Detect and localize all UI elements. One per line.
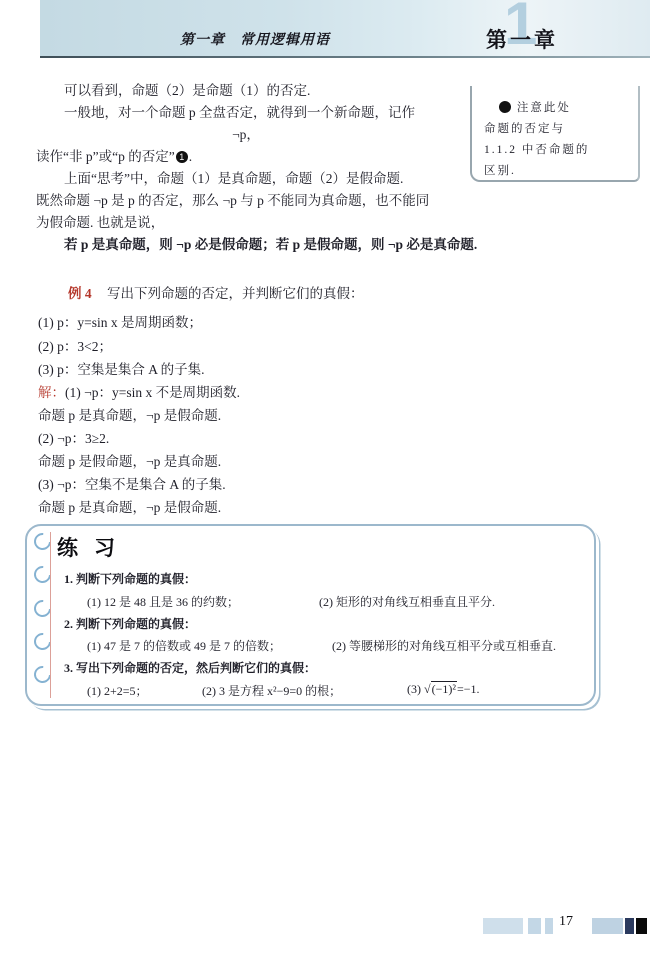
paragraph-1: 可以看到，命题（2）是命题（1）的否定. [64,82,310,100]
paragraph-3-text: 读作“非 p”或“p 的否定” [36,149,175,164]
solution-line-1: 解：(1) ¬p：y=sin x 不是周期函数. [38,384,240,402]
sqrt-radicand: (−1)² [431,681,457,696]
example-item-1: (1) p：y=sin x 是周期函数； [38,314,202,332]
footer-block-1 [483,918,523,934]
margin-note-line-2: 命题的否定与 [484,119,630,140]
paragraph-4: 上面“思考”中，命题（1）是真命题，命题（2）是假命题. [64,170,403,188]
solution-line-3: (2) ¬p：3≥2. [38,430,109,448]
formula-negation: ¬p， [36,126,456,144]
margin-note-text-1: 注意此处 [517,102,571,114]
footer-block-2 [528,918,541,934]
paragraph-3: 读作“非 p”或“p 的否定”1. [36,148,192,166]
header-running-title: 第一章 常用逻辑用语 [40,29,470,49]
practice-box: 练习 1. 判断下列命题的真假： (1) 12 是 48 且是 36 的约数； … [25,524,596,706]
example-label: 例 4 [68,286,92,301]
practice-question-3: 3. 写出下列命题的否定，然后判断它们的真假： [64,659,316,676]
solution-text-1: (1) ¬p：y=sin x 不是周期函数. [65,385,240,400]
footnote-ref-icon: 1 [499,101,511,113]
practice-question-1a: (1) 12 是 48 且是 36 的约数； [87,593,239,610]
practice-question-2a: (1) 47 是 7 的倍数或 49 是 7 的倍数； [87,637,281,654]
margin-note-line-3: 1.1.2 中否命题的 [484,140,630,161]
emphasis-statement: 若 p 是真命题，则 ¬p 必是假命题；若 p 是假命题，则 ¬p 必是真命题. [64,236,477,254]
footer-block-5 [625,918,634,934]
paragraph-5: 既然命题 ¬p 是 p 的否定，那么 ¬p 与 p 不能同为真命题，也不能同 [36,192,429,210]
practice-question-2: 2. 判断下列命题的真假： [64,615,196,632]
solution-line-6: 命题 p 是真命题，¬p 是假命题. [38,499,221,517]
q3c-suffix: =−1. [457,682,480,696]
chapter-label: 第一章 [486,24,558,54]
example-item-2: (2) p：3<2； [38,338,112,356]
example-intro: 写出下列命题的否定，并判断它们的真假： [107,286,364,301]
example-item-3: (3) p：空集是集合 A 的子集. [38,361,205,379]
practice-divider-line [50,532,51,698]
practice-question-3b: (2) 3 是方程 x²−9=0 的根； [202,682,341,699]
paragraph-3-period: . [189,149,192,164]
example-heading: 例 4 写出下列命题的否定，并判断它们的真假： [68,285,364,303]
paragraph-6: 为假命题. 也就是说， [36,214,164,232]
margin-note-line-1: 1 注意此处 [484,98,630,119]
practice-question-2b: (2) 等腰梯形的对角线互相平分或互相垂直. [332,637,556,654]
practice-title: 练习 [57,532,131,562]
solution-label: 解： [38,385,65,400]
solution-line-2: 命题 p 是真命题，¬p 是假命题. [38,407,221,425]
practice-question-1b: (2) 矩形的对角线互相垂直且平分. [319,593,495,610]
solution-line-5: (3) ¬p：空集不是集合 A 的子集. [38,476,226,494]
practice-question-3c: (3) √(−1)²=−1. [407,682,480,697]
margin-note: 1 注意此处 命题的否定与 1.1.2 中否命题的 区别. [470,86,640,182]
paragraph-2: 一般地，对一个命题 p 全盘否定，就得到一个新命题，记作 [64,104,415,122]
solution-line-4: 命题 p 是假命题，¬p 是真命题. [38,453,221,471]
margin-note-line-4: 区别. [484,161,630,182]
page-number: 17 [559,914,573,930]
footnote-marker-icon: 1 [176,151,188,163]
textbook-page: { "header": { "band_title": "第一章 常用逻辑用语"… [0,0,650,968]
practice-question-1: 1. 判断下列命题的真假： [64,570,196,587]
header-underline [40,56,650,58]
q3c-prefix: (3) [407,682,424,696]
practice-question-3a: (1) 2+2=5； [87,682,148,699]
sqrt-symbol: √ [424,682,431,696]
footer-block-3 [545,918,553,934]
footer-block-6 [636,918,647,934]
footer-block-4 [592,918,623,934]
